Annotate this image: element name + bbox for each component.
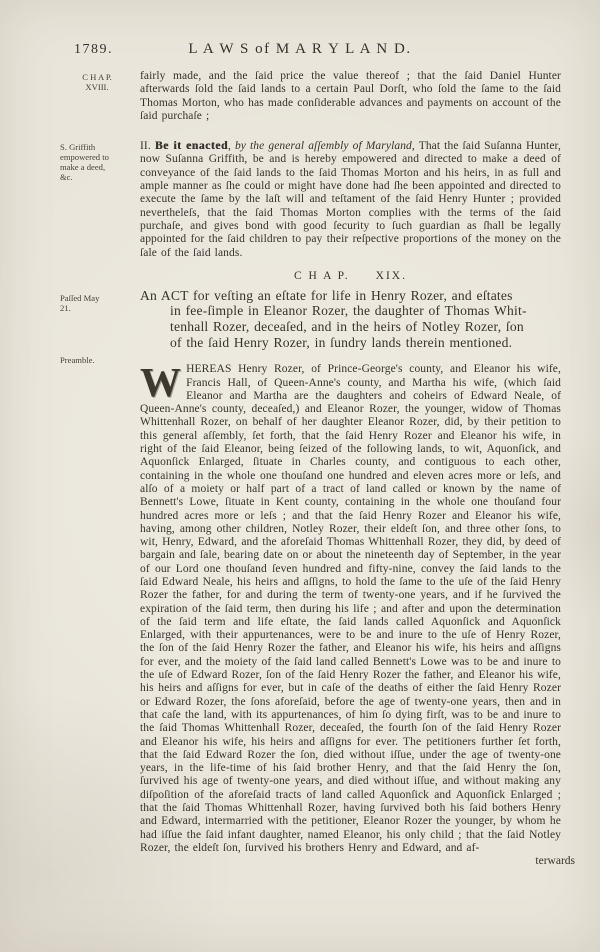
- margin-note-griffith-empowered: S. Griffithempowered tomake a deed,&c.: [60, 142, 136, 182]
- main-text-column: fairly made, and the ſaid price the valu…: [140, 70, 561, 869]
- paragraph-preamble: WHEREAS Henry Rozer, of Prince-George's …: [140, 363, 561, 855]
- dropcap-w: W: [140, 363, 186, 399]
- margin-note-preamble: Preamble.: [60, 355, 136, 365]
- chapter-heading-number: XIX.: [376, 270, 407, 282]
- document-page: 1789. L A W S of M A R Y L A N D. C H A …: [0, 0, 600, 952]
- running-title: L A W S of M A R Y L A N D.: [0, 41, 600, 58]
- preamble-text: HEREAS Henry Rozer, of Prince-George's c…: [140, 363, 561, 854]
- margin-note-chap-xviii: C H A P.XVIII.: [64, 72, 130, 92]
- paragraph-chap18-continuation: fairly made, and the ſaid price the valu…: [140, 70, 561, 123]
- catchword: terwards: [140, 855, 575, 868]
- margin-note-passed-may: Paſſed May21.: [60, 293, 136, 313]
- paragraph-chap18-enacting-clause: II. Be it enacted, by the general aſſemb…: [140, 140, 561, 260]
- act-title: An ACT for veſting an eſtate for life in…: [140, 288, 561, 350]
- chapter-xix-heading: C H A P.XIX.: [140, 270, 561, 282]
- chapter-heading-chap: C H A P.: [294, 270, 350, 282]
